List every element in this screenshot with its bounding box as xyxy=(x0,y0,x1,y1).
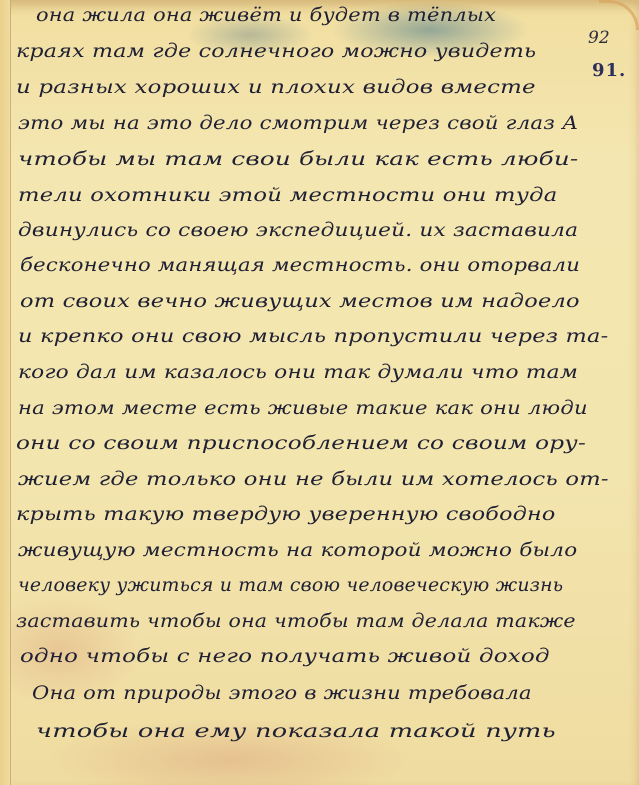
text-line: одно чтобы с него получать живой доход xyxy=(20,645,550,667)
text-line: она жила она живёт и будет в тёплых xyxy=(36,4,496,26)
text-line: и крепко они свою мысль пропустили через… xyxy=(18,325,608,347)
page-number-overwritten: 91. xyxy=(592,62,626,80)
text-line: крыть такую твердую уверенную свободно xyxy=(16,503,555,525)
text-line: они со своим приспособлением со своим ор… xyxy=(16,432,586,454)
text-line: и разных хороших и плохих видов вместе xyxy=(16,76,536,98)
manuscript-page: 92 91. она жила она живёт и будет в тёпл… xyxy=(0,0,639,785)
page-number: 92 xyxy=(588,30,610,47)
text-line: краях там где солнечного можно увидеть xyxy=(16,40,536,62)
text-line: кого дал им казалось они так думали что … xyxy=(18,361,578,383)
text-line: от своих вечно живущих местов им надоело xyxy=(20,290,580,312)
text-line: бесконечно манящая местность. они оторва… xyxy=(20,254,580,276)
text-line: живущую местность на которой можно было xyxy=(18,539,577,561)
text-line: заставить чтобы она чтобы там делала так… xyxy=(16,610,576,632)
text-line: жием где только они не были им хотелось … xyxy=(18,468,609,490)
page-binding-edge xyxy=(0,0,10,785)
text-line: чтобы мы там свои были как есть люби- xyxy=(18,148,578,170)
page-corner-edge xyxy=(599,0,639,30)
text-line: тели охотники этой местности они туда xyxy=(18,184,557,206)
text-line: человеку ужиться и там свою человеческую… xyxy=(18,574,563,596)
text-line: чтобы она ему показала такой путь xyxy=(36,720,556,742)
text-line: это мы на это дело смотрим через свой гл… xyxy=(18,112,578,134)
text-line: Она от природы этого в жизни требовала xyxy=(32,682,532,704)
text-line: на этом месте есть живые такие как они л… xyxy=(18,397,588,419)
text-line: двинулись со своею экспедицией. их заста… xyxy=(18,219,578,241)
margin-line xyxy=(10,0,11,785)
